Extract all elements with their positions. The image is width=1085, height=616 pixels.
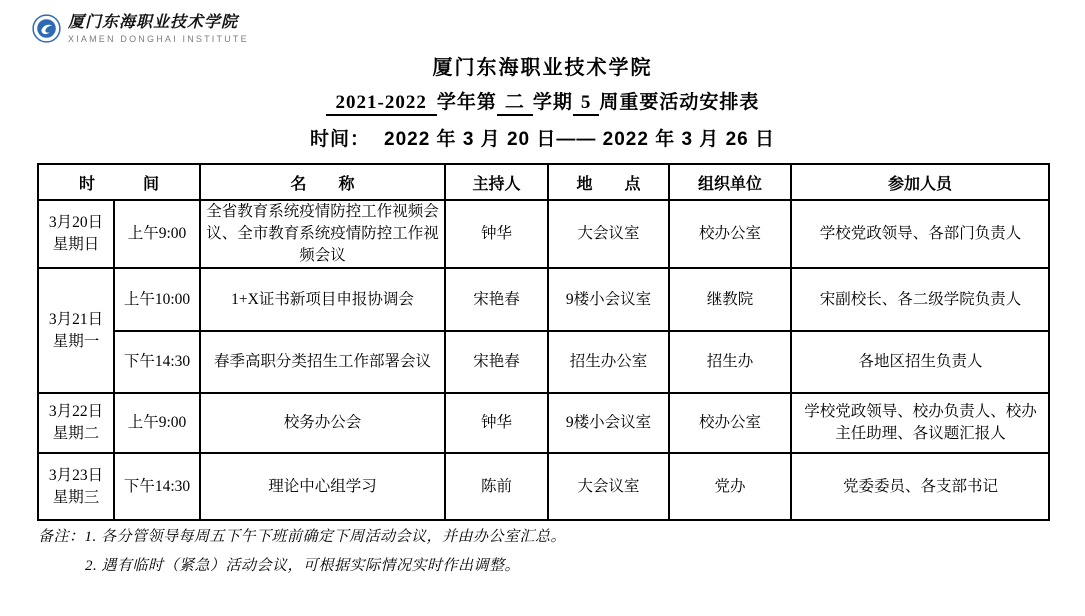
weekday-text: 星期一	[39, 331, 113, 353]
school-name-cn: 厦门东海职业技术学院	[68, 12, 249, 31]
col-header-time: 时 间	[38, 164, 200, 200]
school-name-en: XIAMEN DONGHAI INSTITUTE	[68, 33, 249, 45]
subtitle-seg3: 周重要活动安排表	[599, 92, 759, 113]
cell-host: 陈前	[445, 453, 548, 520]
subtitle-week: 5	[573, 92, 600, 116]
activity-schedule-table: 时 间 名 称 主持人 地 点 组织单位 参加人员 3月20日 星期日 上午9:…	[37, 163, 1050, 521]
col-header-place: 地 点	[548, 164, 669, 200]
cell-participants: 学校党政领导、校办负责人、校办主任助理、各议题汇报人	[791, 393, 1049, 453]
cell-date: 3月22日 星期二	[38, 393, 114, 453]
col-header-name: 名 称	[200, 164, 445, 200]
cell-org: 继教院	[669, 268, 791, 331]
col-header-participants: 参加人员	[791, 164, 1049, 200]
weekday-text: 星期三	[39, 487, 113, 509]
cell-date: 3月20日 星期日	[38, 200, 114, 268]
cell-place: 9楼小会议室	[548, 393, 669, 453]
page-title: 厦门东海职业技术学院	[0, 56, 1085, 80]
cell-participants: 各地区招生负责人	[791, 331, 1049, 393]
cell-host: 宋艳春	[445, 331, 548, 393]
footnotes: 备注：1. 各分管领导每周五下午下班前确定下周活动会议，并由办公室汇总。 2. …	[38, 523, 566, 581]
cell-time: 上午9:00	[114, 200, 200, 268]
cell-participants: 党委委员、各支部书记	[791, 453, 1049, 520]
date-text: 3月20日	[39, 212, 113, 234]
subtitle-seg1: 学年第	[437, 92, 497, 113]
cell-name: 春季高职分类招生工作部署会议	[200, 331, 445, 393]
cell-place: 大会议室	[548, 453, 669, 520]
cell-host: 钟华	[445, 393, 548, 453]
table-row: 3月23日 星期三 下午14:30 理论中心组学习 陈前 大会议室 党办 党委委…	[38, 453, 1049, 520]
cell-org: 校办公室	[669, 200, 791, 268]
note-item: 1. 各分管领导每周五下午下班前确定下周活动会议，并由办公室汇总。	[85, 529, 567, 545]
cell-place: 招生办公室	[548, 331, 669, 393]
page-subtitle: 2021-2022学年第二学期5周重要活动安排表	[0, 91, 1085, 115]
cell-date: 3月21日 星期一	[38, 268, 114, 393]
col-header-host: 主持人	[445, 164, 548, 200]
table-row: 3月22日 星期二 上午9:00 校务办公会 钟华 9楼小会议室 校办公室 学校…	[38, 393, 1049, 453]
time-range: 2022 年 3 月 20 日—— 2022 年 3 月 26 日	[384, 129, 775, 150]
cell-name: 理论中心组学习	[200, 453, 445, 520]
note-item: 2. 遇有临时（紧急）活动会议，可根据实际情况实时作出调整。	[85, 558, 520, 574]
cell-host: 钟华	[445, 200, 548, 268]
cell-host: 宋艳春	[445, 268, 548, 331]
date-text: 3月23日	[39, 465, 113, 487]
cell-org: 党办	[669, 453, 791, 520]
subtitle-term: 二	[497, 92, 533, 116]
note-line-2: 2. 遇有临时（紧急）活动会议，可根据实际情况实时作出调整。	[85, 552, 566, 581]
school-logo: 厦门东海职业技术学院 XIAMEN DONGHAI INSTITUTE	[32, 12, 249, 45]
cell-time: 上午9:00	[114, 393, 200, 453]
cell-place: 大会议室	[548, 200, 669, 268]
date-text: 3月22日	[39, 401, 113, 423]
cell-time: 上午10:00	[114, 268, 200, 331]
cell-name: 1+X证书新项目申报协调会	[200, 268, 445, 331]
table-row: 下午14:30 春季高职分类招生工作部署会议 宋艳春 招生办公室 招生办 各地区…	[38, 331, 1049, 393]
subtitle-seg2: 学期	[533, 92, 573, 113]
weekday-text: 星期二	[39, 423, 113, 445]
table-header-row: 时 间 名 称 主持人 地 点 组织单位 参加人员	[38, 164, 1049, 200]
col-header-org: 组织单位	[669, 164, 791, 200]
weekday-text: 星期日	[39, 234, 113, 256]
note-line-1: 备注：1. 各分管领导每周五下午下班前确定下周活动会议，并由办公室汇总。	[38, 523, 566, 552]
cell-name: 校务办公会	[200, 393, 445, 453]
time-label: 时间：	[310, 129, 370, 150]
subtitle-year-range: 2021-2022	[326, 92, 437, 116]
table-row: 3月20日 星期日 上午9:00 全省教育系统疫情防控工作视频会议、全市教育系统…	[38, 200, 1049, 268]
notes-label: 备注：	[38, 529, 85, 545]
cell-time: 下午14:30	[114, 453, 200, 520]
cell-org: 校办公室	[669, 393, 791, 453]
cell-name: 全省教育系统疫情防控工作视频会议、全市教育系统疫情防控工作视频会议	[200, 200, 445, 268]
cell-date: 3月23日 星期三	[38, 453, 114, 520]
cell-place: 9楼小会议室	[548, 268, 669, 331]
date-text: 3月21日	[39, 309, 113, 331]
school-seal-icon	[32, 14, 61, 43]
school-logo-text: 厦门东海职业技术学院 XIAMEN DONGHAI INSTITUTE	[68, 12, 249, 45]
cell-org: 招生办	[669, 331, 791, 393]
table-row: 3月21日 星期一 上午10:00 1+X证书新项目申报协调会 宋艳春 9楼小会…	[38, 268, 1049, 331]
cell-participants: 宋副校长、各二级学院负责人	[791, 268, 1049, 331]
date-range-line: 时间：2022 年 3 月 20 日—— 2022 年 3 月 26 日	[0, 128, 1085, 152]
cell-time: 下午14:30	[114, 331, 200, 393]
cell-participants: 学校党政领导、各部门负责人	[791, 200, 1049, 268]
document-header: 厦门东海职业技术学院 2021-2022学年第二学期5周重要活动安排表 时间：2…	[0, 56, 1085, 152]
